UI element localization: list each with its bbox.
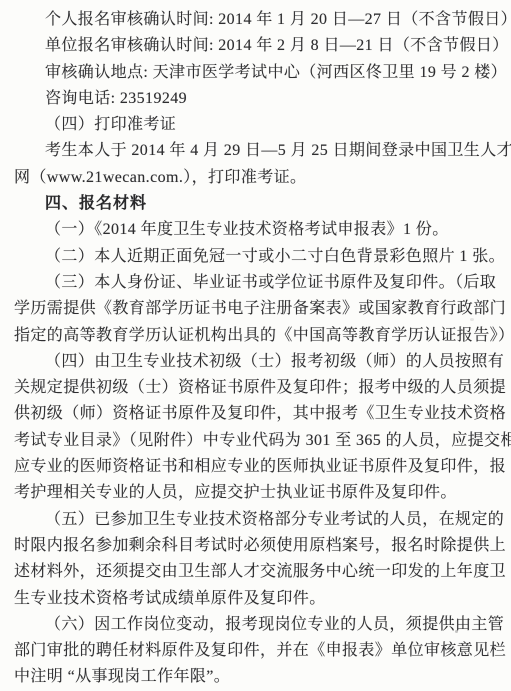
text-line-item4-6: 考护理相关专业的人员，应提交护士执业证书原件及复印件。 [14, 480, 499, 506]
section-heading-registration-materials: 四、报名材料 [14, 191, 499, 217]
text-line-item6-1: （六）因工作岗位变动，报考现岗位专业的人员，须提供由主管 [14, 612, 499, 638]
text-line-item1: （一）《2014 年度卫生专业技术资格考试申报表》1 份。 [14, 217, 499, 243]
text-line-item5-1: （五）已参加卫生专业技术资格部分专业考试的人员，在规定的 [14, 507, 499, 533]
scan-noise-speck [180, 330, 185, 332]
text-line-review-location: 审核确认地点: 天津市医学考试中心（河西区佟卫里 19 号 2 楼） [14, 60, 499, 86]
text-line-item6-3: 中注明 “从事现岗工作年限”。 [14, 664, 499, 690]
text-line-item4-5: 应专业的医师资格证书和相应专业的医师执业证书原件及复印件，报 [14, 454, 499, 480]
text-line-item3-2: 学历需提供《教育部学历证书电子注册备案表》或国家教育行政部门 [14, 296, 499, 322]
text-line-print-ticket-body-2: 网（www.21wecan.com.），打印准考证。 [14, 165, 499, 191]
text-line-unit-review-time: 单位报名审核确认时间: 2014 年 2 月 8 日—21 日（不含节假日） [14, 33, 499, 59]
text-line-item6-2: 部门审批的聘任材料原件及复印件，并在《申报表》单位审核意见栏 [14, 638, 499, 664]
text-line-item5-2: 时限内报名参加剩余科目考试时必须使用原档案号，报名时除提供上 [14, 533, 499, 559]
scanned-document-page: 个人报名审核确认时间: 2014 年 1 月 20 日—27 日（不含节假日） … [0, 0, 511, 691]
scan-noise-speck [470, 318, 474, 321]
text-line-item4-2: 关规定提供初级（士）资格证书原件及复印件；报考中级的人员须提 [14, 375, 499, 401]
text-line-personal-review-time: 个人报名审核确认时间: 2014 年 1 月 20 日—27 日（不含节假日） [14, 7, 499, 33]
text-line-item3-3: 指定的高等教育学历认证机构出具的《中国高等教育学历认证报告》） [14, 323, 499, 349]
text-line-item5-4: 生专业技术资格考试成绩单原件及复印件。 [14, 586, 499, 612]
text-line-consult-phone: 咨询电话: 23519249 [14, 86, 499, 112]
text-line-item3-1: （三）本人身份证、毕业证书或学位证书原件及复印件。（后取 [14, 270, 499, 296]
text-line-item4-3: 供初级（师）资格证书原件及复印件，其中报考《卫生专业技术资格 [14, 401, 499, 427]
text-line-item5-3: 述材料外，还须提交由卫生部人才交流服务中心统一印发的上年度卫 [14, 559, 499, 585]
text-line-item4-4: 考试专业目录》（见附件）中专业代码为 301 至 365 的人员，应提交相 [14, 428, 499, 454]
text-line-item4-1: （四）由卫生专业技术初级（士）报考初级（师）的人员按照有 [14, 349, 499, 375]
scan-noise-speck [455, 630, 458, 633]
text-line-print-ticket-body-1: 考生本人于 2014 年 4 月 29 日—5 月 25 日期间登录中国卫生人才 [14, 138, 499, 164]
text-line-section4-print-ticket: （四）打印准考证 [14, 112, 499, 138]
text-line-item2: （二）本人近期正面免冠一寸或小二寸白色背景彩色照片 1 张。 [14, 244, 499, 270]
